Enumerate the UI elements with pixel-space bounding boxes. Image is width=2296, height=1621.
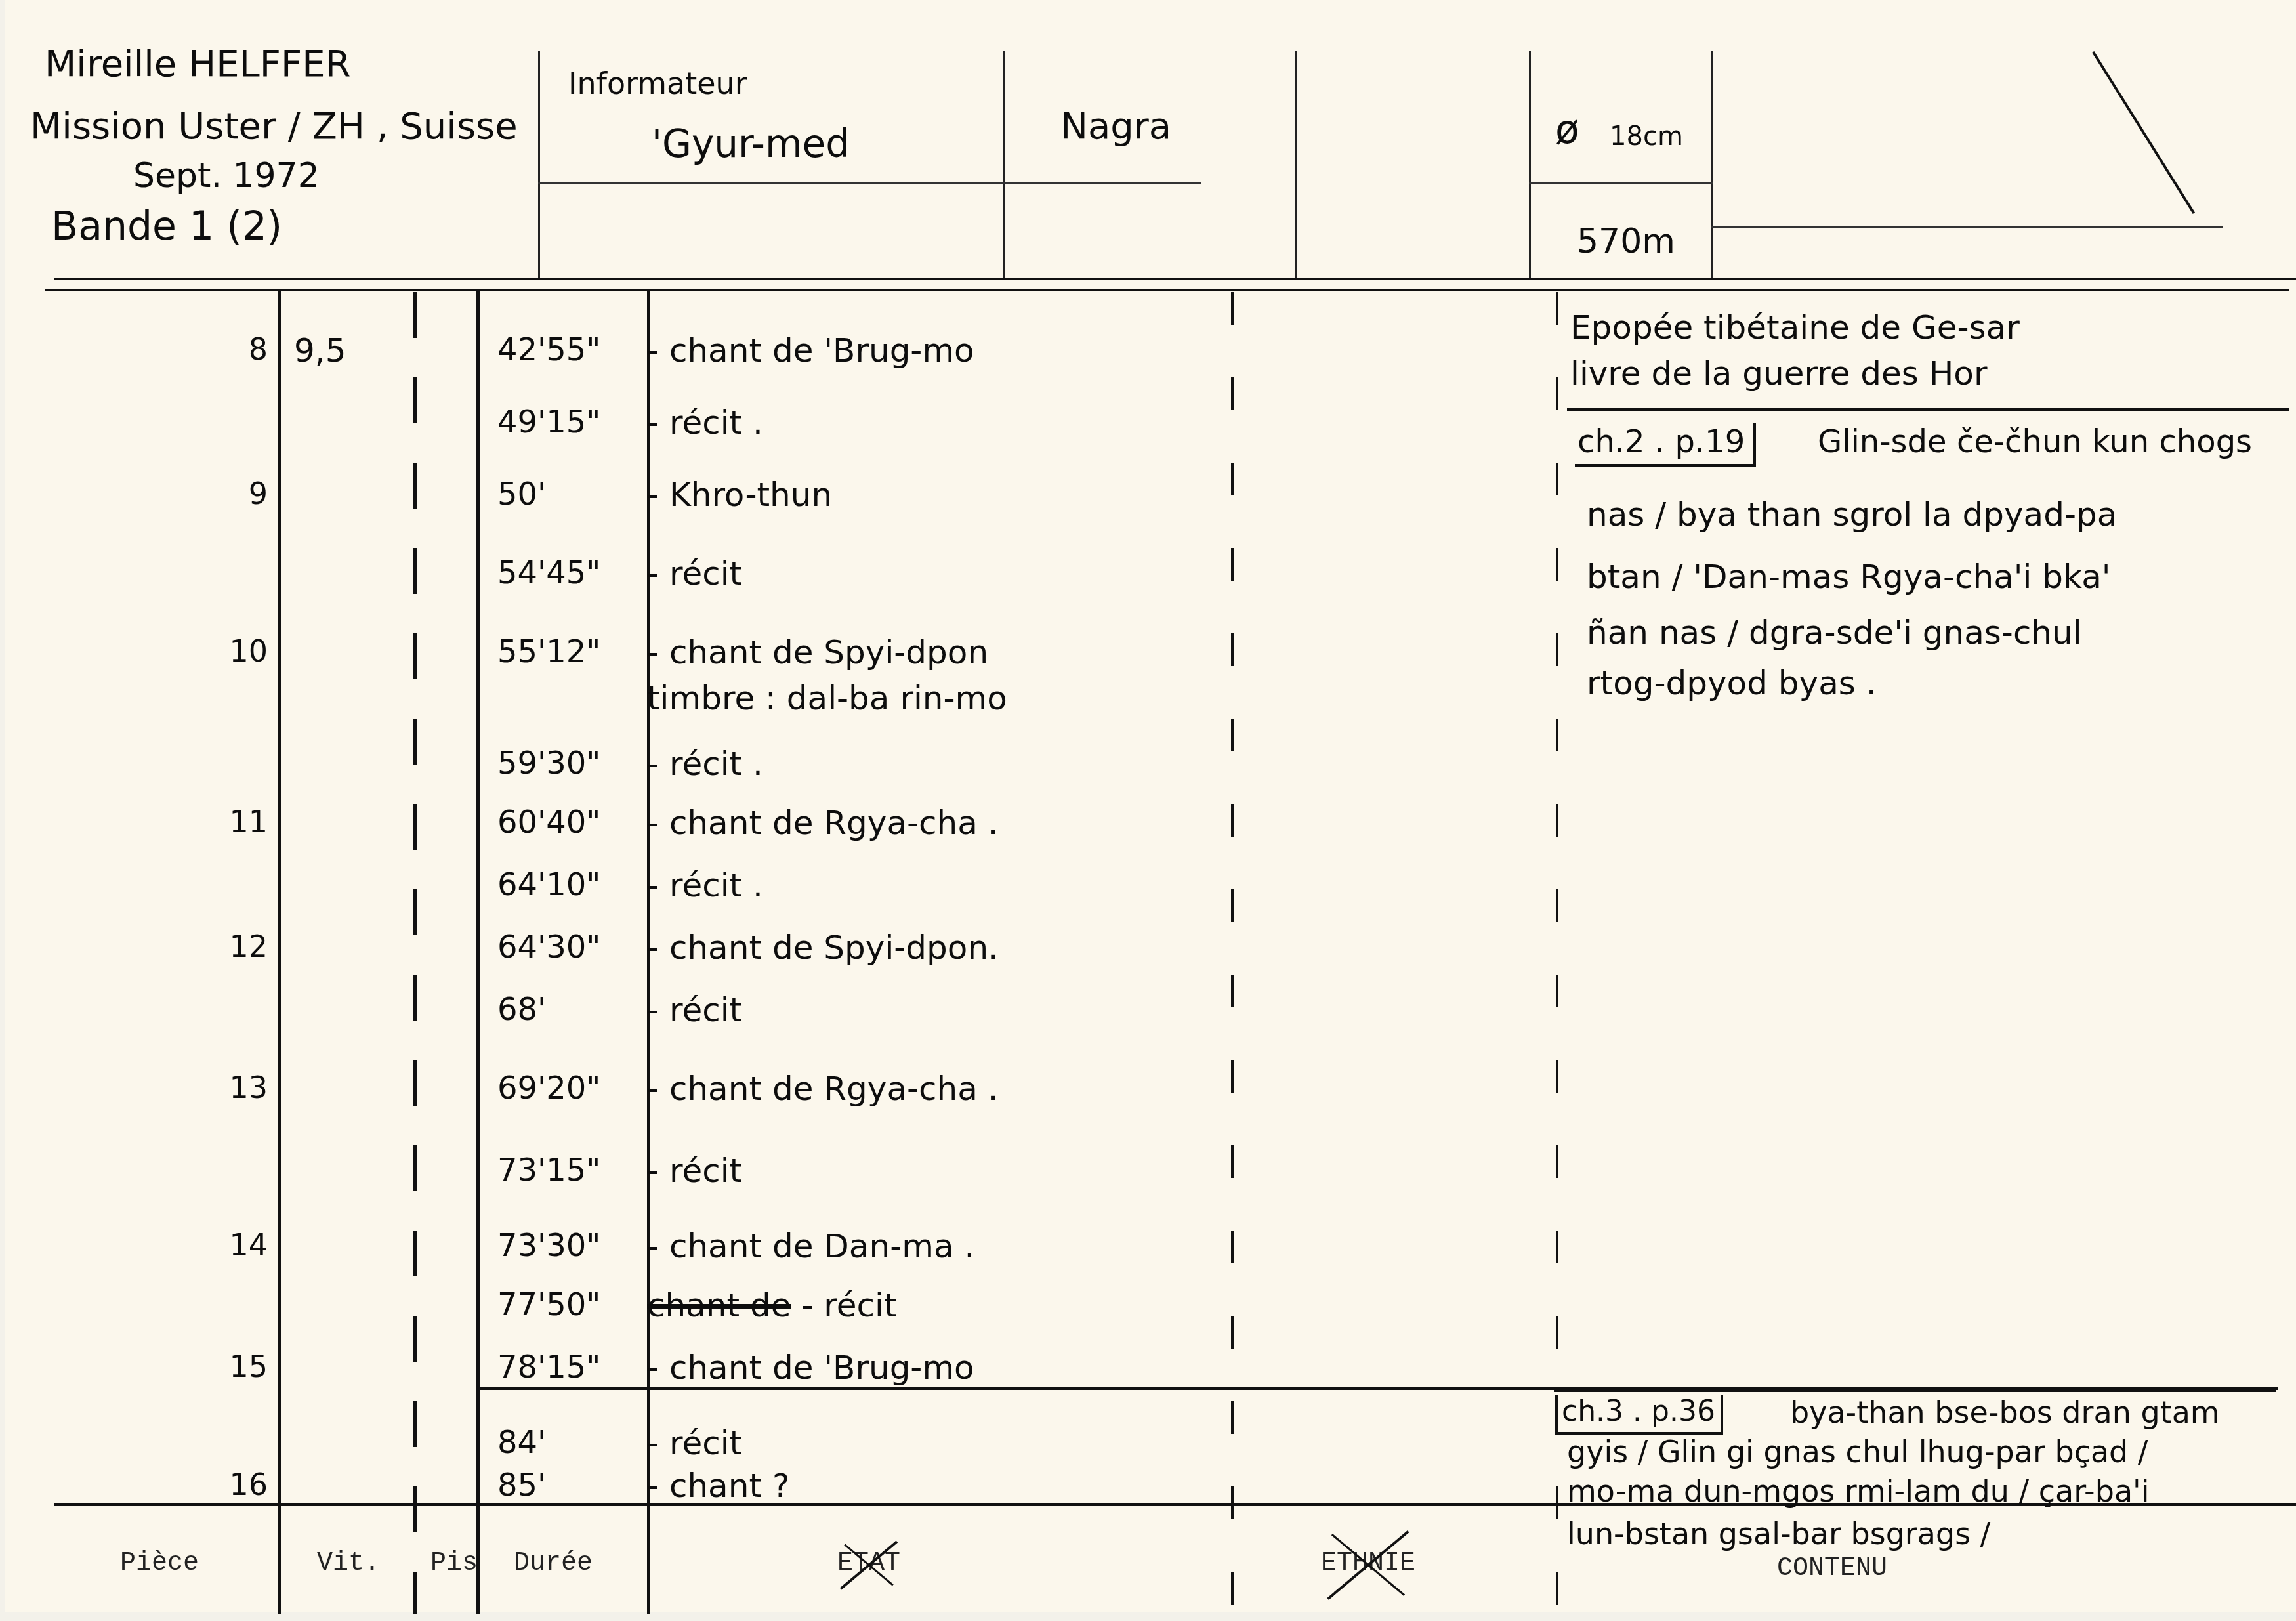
piece-number: 11 — [189, 804, 268, 839]
contenu-title: Epopée tibétaine de Ge-sar — [1570, 308, 2020, 347]
segment-description: - récit — [647, 1152, 742, 1190]
duration-timestamp: 59'30" — [497, 745, 600, 782]
piece-number: 12 — [189, 929, 268, 964]
informant-label: Informateur — [568, 66, 747, 101]
duration-timestamp: 60'40" — [497, 804, 600, 841]
header-row-divider — [1529, 182, 1713, 184]
header-row-divider — [538, 182, 1201, 184]
piece-number: 9 — [189, 476, 268, 511]
segment-description: - chant de Rgya-cha . — [647, 804, 999, 842]
segment-description: chant de - récit — [647, 1286, 897, 1324]
header-row-divider — [1711, 226, 2223, 228]
duration-timestamp: 78'15" — [497, 1349, 600, 1385]
duration-timestamp: 68' — [497, 991, 546, 1028]
segment-description: - récit — [647, 1424, 742, 1462]
piece-number: 13 — [189, 1070, 268, 1105]
footer-label-etat: ETAT — [837, 1549, 900, 1578]
footer-label-ethnie: ETHNIE — [1321, 1549, 1415, 1578]
column-divider-dashed — [1231, 292, 1234, 1614]
segment-description: - récit — [647, 555, 742, 593]
piece-number: 8 — [189, 331, 268, 367]
tape-length: 570m — [1577, 222, 1675, 261]
segment-description: - chant de Spyi-dpon — [647, 633, 988, 671]
column-divider — [476, 289, 480, 1614]
tape-number: Bande 1 (2) — [51, 203, 282, 249]
duration-timestamp: 42'55" — [497, 331, 600, 368]
duration-timestamp: 69'20" — [497, 1070, 600, 1106]
crossed-out-mark: ETAT — [837, 1549, 900, 1578]
duration-timestamp: 49'15" — [497, 404, 600, 440]
contenu-line: bya-than bse-bos dran gtam — [1790, 1395, 2220, 1430]
contenu-line: mo-ma dun-mgos rmi-lam du / çar-ba'i — [1567, 1473, 2150, 1509]
header-bottom-line — [54, 278, 2296, 280]
contenu-divider — [1567, 408, 2289, 411]
duration-timestamp: 50' — [497, 476, 546, 513]
footer-label-duree: Durée — [514, 1549, 593, 1578]
struck-text: chant de — [647, 1286, 791, 1324]
segment-description: - récit — [647, 991, 742, 1029]
segment-description: - récit . — [647, 866, 763, 904]
header-divider — [1003, 51, 1005, 278]
diagonal-mark — [2092, 51, 2195, 214]
footer-label-pis: Pis — [430, 1549, 478, 1578]
footer-label-vit: Vit. — [317, 1549, 380, 1578]
header-divider — [1711, 51, 1713, 278]
column-divider — [278, 289, 281, 1614]
mission-location: Mission Uster / ZH , Suisse — [30, 105, 518, 148]
segment-description: - chant de Rgya-cha . — [647, 1070, 999, 1108]
chapter-ref: ch.2 . p.19 — [1575, 423, 1756, 467]
speed-value: 9,5 — [294, 331, 346, 369]
duration-timestamp: 64'10" — [497, 866, 600, 903]
recorder-model: Nagra — [1060, 105, 1171, 148]
segment-description: - récit . — [647, 745, 763, 783]
piece-number: 16 — [189, 1467, 268, 1502]
segment-description: - chant de Dan-ma . — [647, 1227, 974, 1265]
duration-timestamp: 55'12" — [497, 633, 600, 670]
duration-timestamp: 73'30" — [497, 1227, 600, 1264]
contenu-line: lun-bstan gsal-bar bsgrags / — [1567, 1516, 1990, 1551]
header-bottom-line — [45, 289, 2289, 291]
contenu-subtitle: livre de la guerre des Hor — [1570, 354, 1987, 392]
segment-description: - chant ? — [647, 1467, 789, 1505]
segment-note: timbre : dal-ba rin-mo — [647, 679, 1007, 717]
footer-label-piece: Pièce — [120, 1549, 199, 1578]
contenu-divider — [1554, 1389, 2276, 1392]
author-name: Mireille HELFFER — [45, 43, 350, 85]
segment-description: - chant de Spyi-dpon. — [647, 929, 999, 967]
header-divider — [1529, 51, 1531, 278]
duration-timestamp: 77'50" — [497, 1286, 600, 1323]
header-divider — [1295, 51, 1297, 278]
informant-name: 'Gyur-med — [652, 121, 850, 166]
duration-timestamp: 54'45" — [497, 555, 600, 591]
duration-timestamp: 73'15" — [497, 1152, 600, 1189]
piece-number: 10 — [189, 633, 268, 669]
column-divider-dashed — [413, 292, 417, 1614]
duration-timestamp: 84' — [497, 1424, 546, 1461]
duration-timestamp: 85' — [497, 1467, 546, 1504]
segment-description: - récit . — [647, 404, 763, 442]
recording-date: Sept. 1972 — [133, 156, 320, 196]
corrected-text: - récit — [801, 1286, 896, 1324]
piece-number: 14 — [189, 1227, 268, 1263]
duration-timestamp: 64'30" — [497, 929, 600, 965]
chapter-ref: ch.3 . p.36 — [1555, 1395, 1723, 1435]
segment-description: - chant de 'Brug-mo — [647, 331, 974, 369]
segment-description: - chant de 'Brug-mo — [647, 1349, 974, 1387]
piece-number: 15 — [189, 1349, 268, 1384]
diameter-icon: ø — [1555, 107, 1579, 153]
contenu-line: btan / 'Dan-mas Rgya-cha'i bka' — [1587, 558, 2111, 596]
archive-card: Mireille HELFFER Mission Uster / ZH , Su… — [5, 0, 2296, 1612]
segment-description: - Khro-thun — [647, 476, 832, 514]
contenu-line: nas / bya than sgrol la dpyad-pa — [1587, 495, 2117, 534]
footer-label-contenu: CONTENU — [1777, 1554, 1887, 1584]
contenu-line: rtog-dpyod byas . — [1587, 664, 1877, 702]
contenu-line: gyis / Glin gi gnas chul lhug-par bçad / — [1567, 1434, 2148, 1469]
reel-diameter: 18cm — [1610, 121, 1683, 152]
contenu-line: ñan nas / dgra-sde'i gnas-chul — [1587, 614, 2082, 652]
header-divider — [538, 51, 540, 278]
crossed-out-mark: ETHNIE — [1321, 1549, 1415, 1578]
contenu-line: Glin-sde če-čhun kun chogs — [1818, 423, 2252, 460]
